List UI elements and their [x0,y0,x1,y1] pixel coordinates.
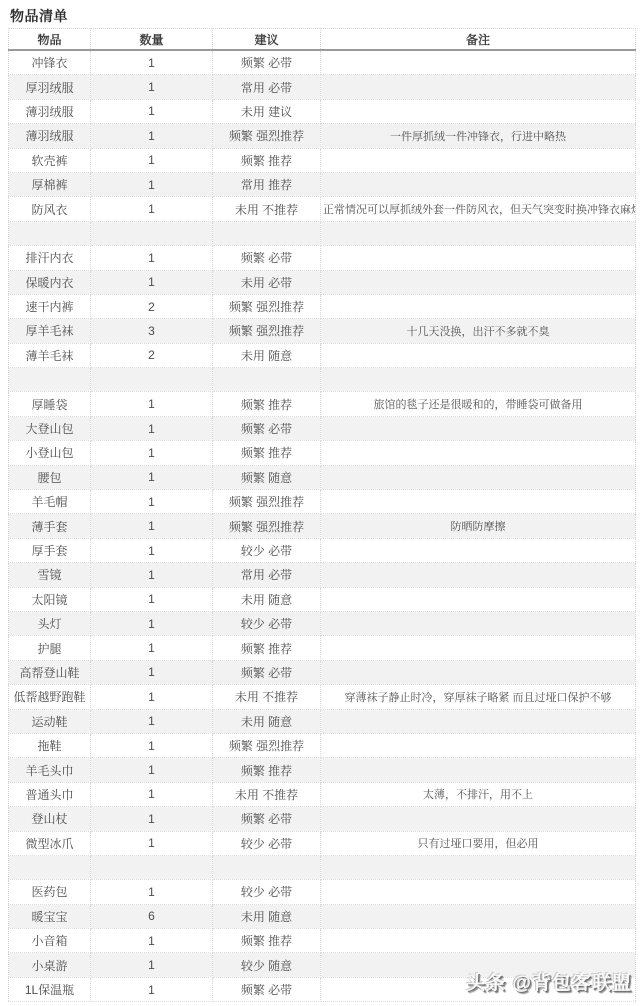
item-cell: 薄羽绒服 [9,99,91,123]
qty-cell: 1 [91,514,213,538]
qty-cell [91,221,213,245]
advice-cell: 常用 必带 [213,563,321,587]
item-cell: 保暖内衣 [9,270,91,294]
table-row: 薄羽绒服1频繁 强烈推荐一件厚抓绒一件冲锋衣，行进中略热 [9,124,636,148]
note-cell [321,343,636,367]
item-cell: 小桌游 [9,953,91,977]
item-cell: 羊毛头巾 [9,758,91,782]
qty-cell [91,855,213,879]
advice-cell: 频繁 必带 [213,50,321,75]
qty-cell: 1 [91,75,213,99]
advice-cell: 频繁 推荐 [213,758,321,782]
header-note: 备注 [321,29,636,51]
item-cell: 软壳裤 [9,148,91,172]
qty-cell: 1 [91,538,213,562]
header-qty: 数量 [91,29,213,51]
advice-cell: 频繁 推荐 [213,441,321,465]
item-cell: 厚羊毛袜 [9,319,91,343]
advice-cell: 较少 必带 [213,880,321,904]
advice-cell: 未用 不推荐 [213,782,321,806]
table-row: 薄羽绒服1未用 建议 [9,99,636,123]
advice-cell: 未用 建议 [213,99,321,123]
table-row: 普通头巾1未用 不推荐太薄，不排汗，用不上 [9,782,636,806]
qty-cell: 1 [91,611,213,635]
table-row: 雪镜1常用 必带 [9,563,636,587]
note-cell [321,221,636,245]
advice-cell: 频繁 推荐 [213,392,321,416]
item-cell: 冲锋衣 [9,50,91,75]
note-cell [321,465,636,489]
item-cell: 排汗内衣 [9,246,91,270]
advice-cell: 频繁 必带 [213,807,321,831]
qty-cell: 1 [91,831,213,855]
table-row: 厚棉裤1常用 推荐 [9,172,636,196]
advice-cell: 频繁 必带 [213,416,321,440]
table-row-separator [9,368,636,392]
table-row: 厚羊毛袜3频繁 强烈推荐十几天没换，出汗不多就不臭 [9,319,636,343]
item-cell: 头灯 [9,611,91,635]
advice-cell: 频繁 必带 [213,977,321,1001]
qty-cell: 1 [91,977,213,1001]
advice-cell: 较少 必带 [213,538,321,562]
table-row: 厚睡袋1频繁 推荐旅馆的毯子还是很暖和的，带睡袋可做备用 [9,392,636,416]
item-cell: 速干内裤 [9,294,91,318]
advice-cell [213,855,321,879]
advice-cell: 频繁 必带 [213,660,321,684]
qty-cell: 1 [91,733,213,757]
header-advice: 建议 [213,29,321,51]
advice-cell: 常用 必带 [213,75,321,99]
advice-cell: 较少 必带 [213,831,321,855]
header-item: 物品 [9,29,91,51]
table-row: 微型冰爪1较少 必带只有过垭口要用，但必用 [9,831,636,855]
item-cell: 运动鞋 [9,709,91,733]
note-cell [321,99,636,123]
note-cell [321,807,636,831]
advice-cell: 频繁 推荐 [213,929,321,953]
table-row: 速干内裤2频繁 强烈推荐 [9,294,636,318]
advice-cell: 未用 不推荐 [213,197,321,221]
qty-cell: 1 [91,953,213,977]
item-cell: 大登山包 [9,416,91,440]
note-cell [321,855,636,879]
note-cell [321,294,636,318]
qty-cell: 1 [91,246,213,270]
qty-cell: 1 [91,880,213,904]
item-cell [9,855,91,879]
note-cell: 正常情况可以厚抓绒外套一件防风衣，但天气突变时换冲锋衣麻烦 [321,197,636,221]
table-row: 排汗内衣1频繁 必带 [9,246,636,270]
note-cell [321,75,636,99]
table-row-separator [9,221,636,245]
advice-cell: 频繁 推荐 [213,636,321,660]
note-cell: 只有过垭口要用，但必用 [321,831,636,855]
qty-cell: 1 [91,50,213,75]
qty-cell: 1 [91,587,213,611]
qty-cell: 1 [91,929,213,953]
advice-cell: 频繁 随意 [213,465,321,489]
advice-cell [213,368,321,392]
advice-cell: 频繁 强烈推荐 [213,294,321,318]
qty-cell: 1 [91,636,213,660]
item-cell: 1L保温瓶 [9,977,91,1001]
qty-cell: 1 [91,490,213,514]
table-row: 小登山包1频繁 推荐 [9,441,636,465]
item-cell: 厚睡袋 [9,392,91,416]
note-cell [321,929,636,953]
table-row: 羊毛帽1频繁 强烈推荐 [9,490,636,514]
qty-cell: 1 [91,563,213,587]
table-row: 保暖内衣1未用 必带 [9,270,636,294]
table-row: 厚羽绒服1常用 必带 [9,75,636,99]
table-row: 厚手套1较少 必带 [9,538,636,562]
item-cell: 厚羽绒服 [9,75,91,99]
note-cell: 太薄，不排汗，用不上 [321,782,636,806]
item-cell: 厚棉裤 [9,172,91,196]
table-header: 物品 数量 建议 备注 [9,29,636,51]
note-cell: 旅馆的毯子还是很暖和的，带睡袋可做备用 [321,392,636,416]
table-row: 羊毛头巾1频繁 推荐 [9,758,636,782]
item-cell: 腰包 [9,465,91,489]
advice-cell: 常用 推荐 [213,172,321,196]
table-row: 冲锋衣1频繁 必带 [9,50,636,75]
advice-cell: 较少 必带 [213,611,321,635]
item-cell: 医药包 [9,880,91,904]
item-cell: 登山杖 [9,807,91,831]
watermark: 头条 @背包客联盟 [466,968,632,995]
table-row: 薄手套1频繁 强烈推荐防晒防摩擦 [9,514,636,538]
qty-cell: 1 [91,441,213,465]
qty-cell: 1 [91,660,213,684]
qty-cell [91,368,213,392]
table-row-separator [9,855,636,879]
note-cell [321,246,636,270]
qty-cell: 1 [91,416,213,440]
qty-cell: 2 [91,343,213,367]
note-cell [321,660,636,684]
note-cell [321,563,636,587]
qty-cell: 1 [91,807,213,831]
header-row: 物品 数量 建议 备注 [9,29,636,51]
qty-cell: 6 [91,904,213,928]
note-cell [321,416,636,440]
item-cell: 羊毛帽 [9,490,91,514]
advice-cell: 频繁 必带 [213,246,321,270]
item-cell: 小音箱 [9,929,91,953]
qty-cell: 1 [91,197,213,221]
item-cell [9,368,91,392]
advice-cell: 频繁 强烈推荐 [213,490,321,514]
note-cell [321,490,636,514]
table-body: 冲锋衣1频繁 必带厚羽绒服1常用 必带薄羽绒服1未用 建议薄羽绒服1频繁 强烈推… [9,50,636,1002]
item-cell: 防风衣 [9,197,91,221]
table-row: 拖鞋1频繁 强烈推荐 [9,733,636,757]
item-cell: 太阳镜 [9,587,91,611]
qty-cell: 1 [91,685,213,709]
note-cell: 防晒防摩擦 [321,514,636,538]
advice-cell: 未用 必带 [213,270,321,294]
item-cell: 普通头巾 [9,782,91,806]
packing-list-table: 物品 数量 建议 备注 冲锋衣1频繁 必带厚羽绒服1常用 必带薄羽绒服1未用 建… [8,28,636,1002]
note-cell [321,368,636,392]
advice-cell: 未用 随意 [213,904,321,928]
item-cell: 高帮登山鞋 [9,660,91,684]
note-cell [321,172,636,196]
qty-cell: 1 [91,782,213,806]
qty-cell: 1 [91,124,213,148]
advice-cell: 未用 不推荐 [213,685,321,709]
advice-cell: 频繁 强烈推荐 [213,733,321,757]
table-row: 薄羊毛袜2未用 随意 [9,343,636,367]
qty-cell: 1 [91,392,213,416]
table-row: 护腿1频繁 推荐 [9,636,636,660]
advice-cell: 频繁 强烈推荐 [213,514,321,538]
advice-cell [213,221,321,245]
item-cell: 薄羊毛袜 [9,343,91,367]
table-row: 太阳镜1未用 随意 [9,587,636,611]
item-cell [9,221,91,245]
qty-cell: 2 [91,294,213,318]
table-row: 软壳裤1频繁 推荐 [9,148,636,172]
note-cell [321,733,636,757]
qty-cell: 1 [91,172,213,196]
item-cell: 雪镜 [9,563,91,587]
table-row: 高帮登山鞋1频繁 必带 [9,660,636,684]
note-cell [321,50,636,75]
qty-cell: 1 [91,465,213,489]
note-cell [321,270,636,294]
note-cell [321,148,636,172]
table-row: 暖宝宝6未用 随意 [9,904,636,928]
item-cell: 厚手套 [9,538,91,562]
table-row: 运动鞋1未用 随意 [9,709,636,733]
qty-cell: 1 [91,148,213,172]
table-row: 小音箱1频繁 推荐 [9,929,636,953]
qty-cell: 1 [91,270,213,294]
note-cell: 穿薄袜子静止时冷，穿厚袜子略紧 而且过垭口保护不够 [321,685,636,709]
table-row: 登山杖1频繁 必带 [9,807,636,831]
advice-cell: 未用 随意 [213,343,321,367]
item-cell: 拖鞋 [9,733,91,757]
note-cell: 十几天没换，出汗不多就不臭 [321,319,636,343]
table-row: 低帮越野跑鞋1未用 不推荐穿薄袜子静止时冷，穿厚袜子略紧 而且过垭口保护不够 [9,685,636,709]
note-cell [321,441,636,465]
note-cell [321,587,636,611]
qty-cell: 1 [91,758,213,782]
advice-cell: 频繁 强烈推荐 [213,319,321,343]
item-cell: 微型冰爪 [9,831,91,855]
advice-cell: 频繁 推荐 [213,148,321,172]
item-cell: 暖宝宝 [9,904,91,928]
table-row: 医药包1较少 必带 [9,880,636,904]
item-cell: 薄羽绒服 [9,124,91,148]
note-cell [321,611,636,635]
item-cell: 护腿 [9,636,91,660]
item-cell: 低帮越野跑鞋 [9,685,91,709]
advice-cell: 未用 随意 [213,587,321,611]
qty-cell: 3 [91,319,213,343]
advice-cell: 频繁 强烈推荐 [213,124,321,148]
qty-cell: 1 [91,709,213,733]
item-cell: 薄手套 [9,514,91,538]
note-cell [321,636,636,660]
note-cell [321,880,636,904]
note-cell [321,904,636,928]
page-title: 物品清单 [10,6,68,26]
note-cell [321,758,636,782]
note-cell: 一件厚抓绒一件冲锋衣，行进中略热 [321,124,636,148]
advice-cell: 未用 随意 [213,709,321,733]
item-cell: 小登山包 [9,441,91,465]
advice-cell: 较少 随意 [213,953,321,977]
qty-cell: 1 [91,99,213,123]
table-row: 腰包1频繁 随意 [9,465,636,489]
note-cell [321,709,636,733]
table-row: 大登山包1频繁 必带 [9,416,636,440]
table-row: 头灯1较少 必带 [9,611,636,635]
table-row: 防风衣1未用 不推荐正常情况可以厚抓绒外套一件防风衣，但天气突变时换冲锋衣麻烦 [9,197,636,221]
note-cell [321,538,636,562]
